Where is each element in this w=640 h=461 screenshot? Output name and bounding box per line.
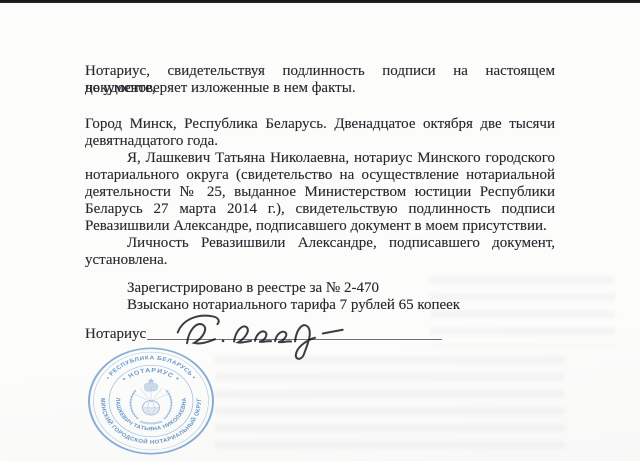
globe — [143, 401, 160, 415]
paragraph: Город Минск, Республика Беларусь. Двенад… — [85, 116, 555, 150]
signature-dot — [222, 340, 225, 343]
notary-stamp: • РЕСПУБЛИКА БЕЛАРУСЬ • МИНСКИЙ ГОРОДСКО… — [85, 344, 217, 456]
text-line: Город Минск, Республика Беларусь. Двенад… — [85, 116, 555, 133]
text-line: нотариального округа (свидетельство на о… — [85, 167, 555, 184]
registry-entry: Зарегистрировано в реестре за № 2-470 — [127, 280, 379, 297]
text-line: девятнадцатого года. — [85, 133, 555, 150]
svg-text:• РЕСПУБЛИКА БЕЛАРУСЬ •: • РЕСПУБЛИКА БЕЛАРУСЬ • — [105, 356, 196, 381]
text-line: деятельности № 25, выданное Министерство… — [85, 184, 555, 201]
sun-rays — [133, 387, 169, 402]
text-line: Беларусь 27 марта 2014 г.), свидетельств… — [85, 201, 555, 218]
text-line: установлена. — [85, 252, 555, 269]
stamp-outer-top-text: • РЕСПУБЛИКА БЕЛАРУСЬ • — [105, 356, 196, 381]
text-line: Я, Лашкевич Татьяна Николаевна, нотариус… — [85, 150, 555, 167]
paragraph: Я, Лашкевич Татьяна Николаевна, нотариус… — [85, 150, 555, 235]
ribbon — [140, 421, 162, 423]
signature-dash — [323, 330, 343, 334]
text-line: Личность Ревазишвили Александре, подписа… — [85, 235, 555, 252]
text-line: Нотариус, свидетельствуя подлинность под… — [85, 63, 555, 80]
text-line: Ревазишвили Александре, подписавшего док… — [85, 218, 555, 235]
star-icon — [147, 378, 155, 383]
coat-of-arms-icon — [131, 378, 172, 423]
text-line: не удостоверяет изложенные в нем факты. — [85, 80, 555, 97]
paragraph: Личность Ревазишвили Александре, подписа… — [85, 235, 555, 269]
paragraph: Нотариус, свидетельствуя подлинность под… — [85, 63, 555, 97]
